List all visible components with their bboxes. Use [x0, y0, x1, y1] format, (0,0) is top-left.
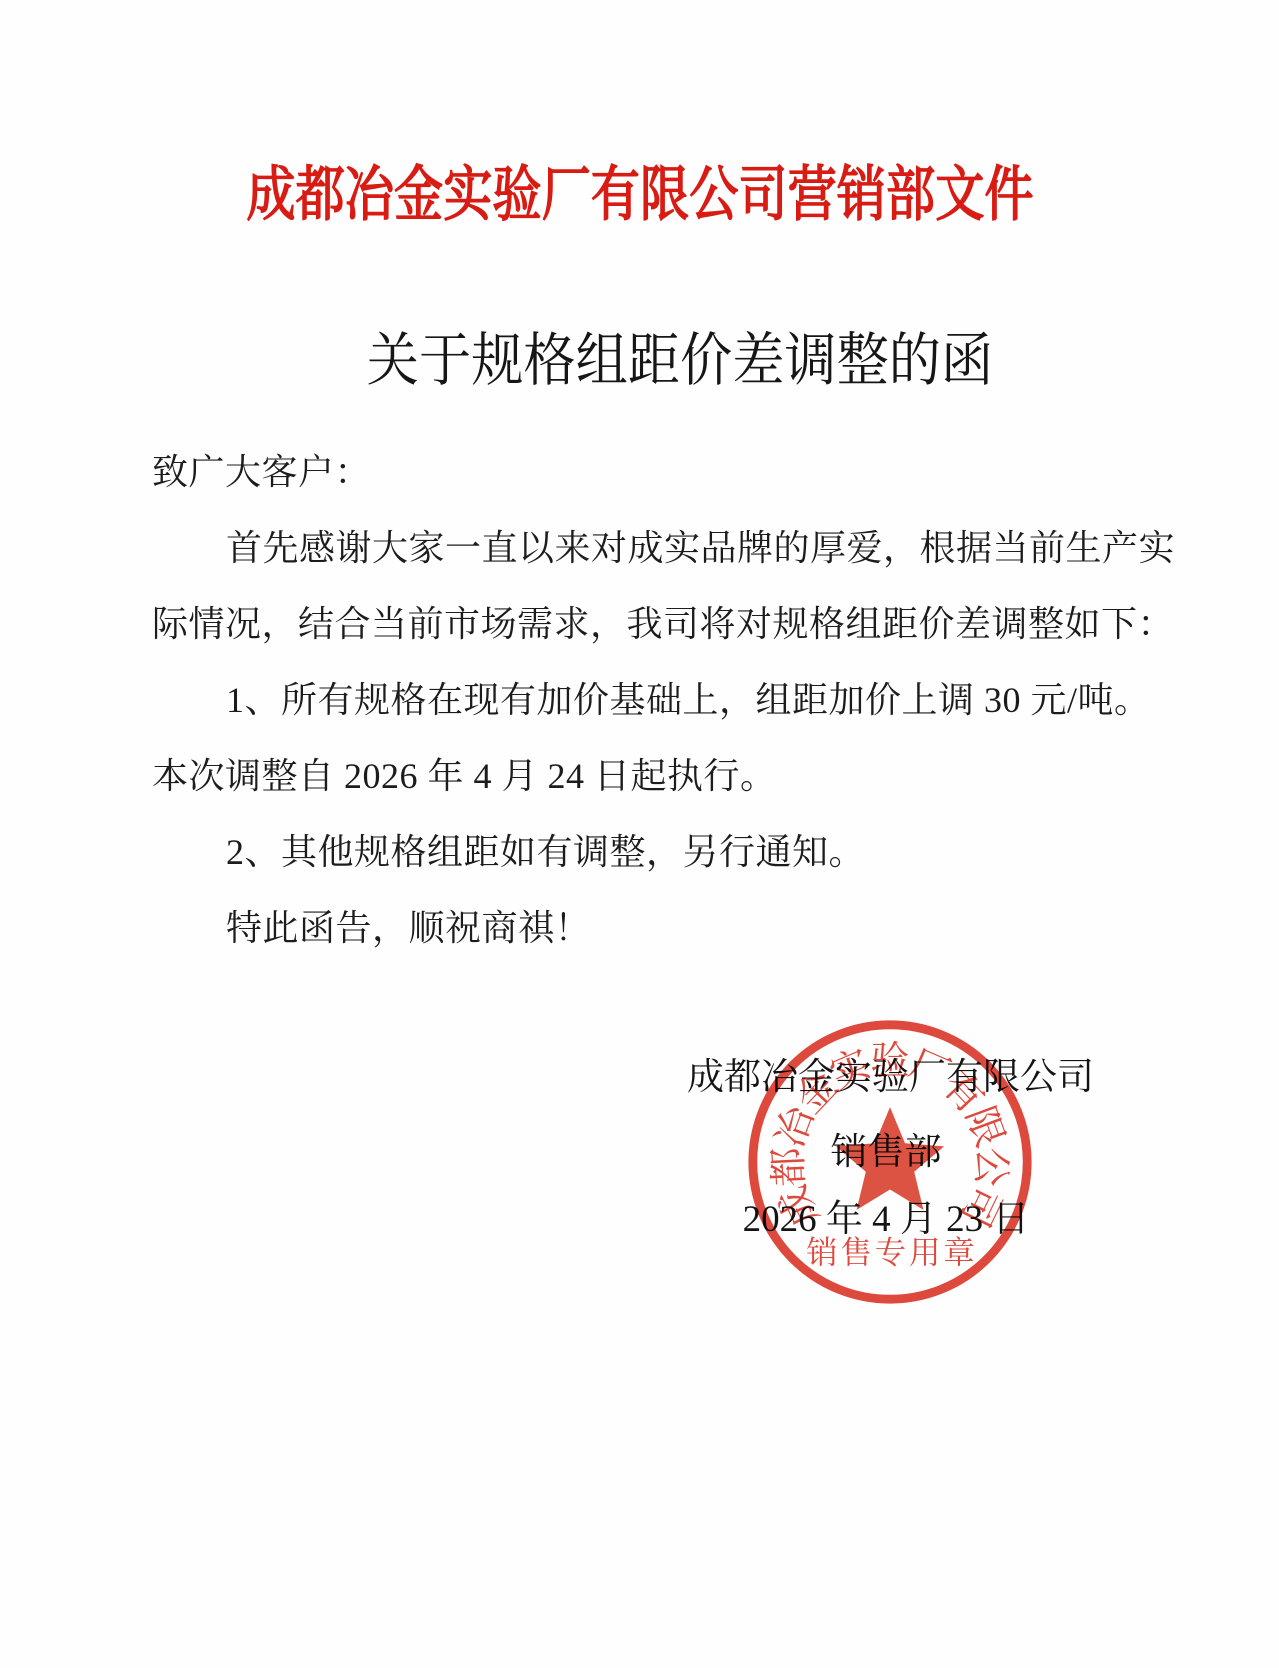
document-title-text: 关于规格组距价差调整的函 — [367, 330, 993, 392]
seal-star — [836, 1107, 944, 1210]
letterhead-title-text: 成都冶金实验厂有限公司营销部文件 — [246, 163, 1033, 227]
document-title: 关于规格组距价差调整的函 — [41, 330, 1279, 392]
body-line: 首先感谢大家一直以来对成实品牌的厚爱，根据当前生产实 — [152, 510, 1162, 586]
company-seal: 成都冶金实验厂有限公司 销售专用章 — [743, 1015, 1037, 1309]
body-lines: 致广大客户：首先感谢大家一直以来对成实品牌的厚爱，根据当前生产实际情况，结合当前… — [152, 434, 1162, 966]
body-line: 本次调整自 2026 年 4 月 24 日起执行。 — [152, 738, 1162, 814]
body-line: 特此函告，顺祝商祺！ — [152, 890, 1162, 966]
letterhead-title: 成都冶金实验厂有限公司营销部文件 — [0, 163, 1279, 227]
body-line: 际情况，结合当前市场需求，我司将对规格组距价差调整如下： — [152, 586, 1162, 662]
document-page: 成都冶金实验厂有限公司营销部文件 关于规格组距价差调整的函 致广大客户：首先感谢… — [0, 0, 1279, 1668]
seal-ring-char: 司 — [953, 1179, 1009, 1233]
body-line: 1、所有规格在现有加价基础上，组距加价上调 30 元/吨。 — [152, 662, 1162, 738]
seal-bottom-text: 销售专用章 — [806, 1235, 978, 1270]
body-line: 2、其他规格组距如有调整，另行通知。 — [152, 814, 1162, 890]
body-line: 致广大客户： — [152, 434, 1162, 510]
seal-ring-char: 都 — [767, 1146, 812, 1187]
seal-ring-char: 验 — [870, 1040, 909, 1083]
letterhead-rule — [147, 240, 1152, 252]
